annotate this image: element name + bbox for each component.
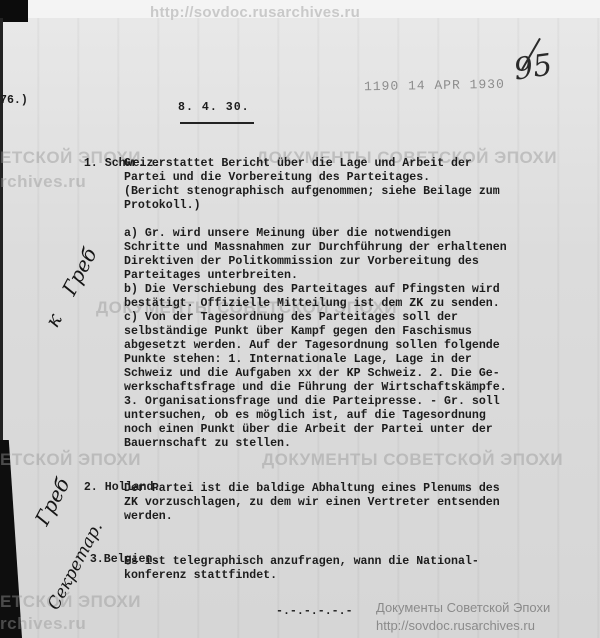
document-number: 76.) xyxy=(0,94,28,107)
resolution-line: untersuchen, ob es möglich ist, auf die … xyxy=(124,409,486,423)
folio-number: 95 xyxy=(512,48,555,88)
resolution-line: abgesetzt werden. Auf der Tagesordnung s… xyxy=(124,339,500,353)
date-underline xyxy=(180,122,254,124)
watermark-band-lower-right: ДОКУМЕНТЫ СОВЕТСКОЙ ЭПОХИ xyxy=(262,450,563,470)
section-number: 1. xyxy=(84,157,98,170)
holland-line: ZK vorzuschlagen, zu dem wir einen Vertr… xyxy=(124,496,500,510)
resolution-line: noch einen Punkt über die Arbeit der Par… xyxy=(124,423,493,437)
watermark-url-top: http://sovdoc.rusarchives.ru xyxy=(150,4,360,21)
report-line: Gr. erstattet Bericht über die Lage und … xyxy=(124,157,472,171)
resolution-line: a) Gr. wird unsere Meinung über die notw… xyxy=(124,227,451,241)
resolution-line: bestätigt. Offizielle Mitteilung ist dem… xyxy=(124,297,500,311)
meeting-date: 8. 4. 30. xyxy=(178,101,250,114)
archival-document-page: http://sovdoc.rusarchives.ru ЕТСКОЙ ЭПОХ… xyxy=(0,0,600,638)
resolution-line: werkschaftsfrage und die Führung der Wir… xyxy=(124,381,507,395)
resolution-line: c) Von der Tagesordnung des Parteitages … xyxy=(124,311,458,325)
margin-note-text: Греб xyxy=(57,244,102,299)
section-number: 3. xyxy=(90,553,104,566)
document-end-rule: -.-.-.-.-.- xyxy=(276,605,353,618)
resolution-line: Parteitages unterbreiten. xyxy=(124,269,298,283)
resolution-line: Bauernschaft zu stellen. xyxy=(124,437,291,451)
section-number: 2. xyxy=(84,481,98,494)
scan-left-edge xyxy=(0,18,3,448)
belgien-line: konferenz stattfindet. xyxy=(124,569,277,583)
watermark-title-bottom: Документы Советской Эпохи xyxy=(376,600,550,615)
margin-note-prefix: к xyxy=(40,309,67,331)
report-line: (Bericht stenographisch aufgenommen; sie… xyxy=(124,185,500,199)
resolution-line: Punkte stehen: 1. Internationale Lage, L… xyxy=(124,353,472,367)
resolution-line: Schritte und Massnahmen zur Durchführung… xyxy=(124,241,507,255)
watermark-band-bottom-left-url: rchives.ru xyxy=(0,614,86,634)
margin-note-greb-1: к Греб xyxy=(40,244,102,332)
holland-line: werden. xyxy=(124,510,173,524)
resolution-line: Schweiz und die Aufgaben xx der KP Schwe… xyxy=(124,367,500,381)
report-line: Partei und die Vorbereitung des Parteita… xyxy=(124,171,430,185)
holland-line: Der Partei ist die baldige Abhaltung ein… xyxy=(124,482,500,496)
received-stamp: 1190 14 APR 1930 xyxy=(364,77,505,94)
watermark-url-bottom: http://sovdoc.rusarchives.ru xyxy=(376,618,535,633)
watermark-band-lower-left: ЕТСКОЙ ЭПОХИ xyxy=(0,450,141,470)
resolution-line: Direktiven der Politkommission zur Vorbe… xyxy=(124,255,479,269)
resolution-line: b) Die Verschiebung des Parteitages auf … xyxy=(124,283,500,297)
resolution-line: selbständige Punkt über Kampf gegen den … xyxy=(124,325,472,339)
scan-black-corner xyxy=(0,0,28,22)
belgien-line: Es ist telegraphisch anzufragen, wann di… xyxy=(124,555,479,569)
report-line: Protokoll.) xyxy=(124,199,201,213)
resolution-line: 3. Organisationsfrage und die Parteipres… xyxy=(124,395,500,409)
